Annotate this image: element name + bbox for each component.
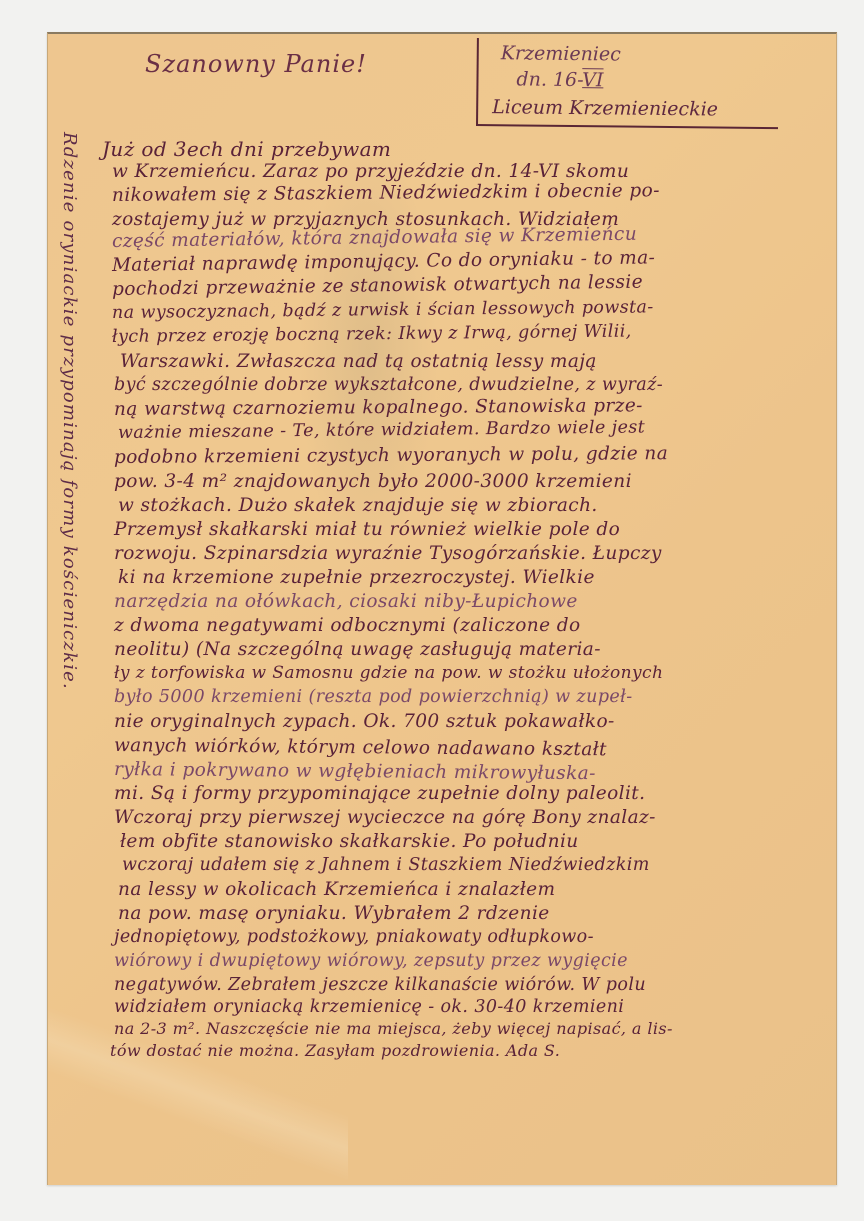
header-date: dn. 16-VI (516, 68, 603, 91)
letter-line: na 2-3 m². Naszczęście nie ma miejsca, ż… (114, 1019, 673, 1038)
letter-line: ważnie mieszane - Te, które widziałem. B… (118, 417, 645, 443)
letter-line: pow. 3-4 m² znajdowanych było 2000-3000 … (114, 471, 632, 492)
letter-line: nikowałem się z Staszkiem Niedźwiedzkim … (112, 180, 660, 206)
letter-line: wiórowy i dwupiętowy wiórowy, zepsuty pr… (114, 951, 628, 971)
letter-line: neolitu) (Na szczególną uwagę zasługują … (114, 639, 601, 660)
letter-line: na wysoczyznach, bądź z urwisk i ścian l… (112, 297, 654, 323)
letter-line: nie oryginalnych zypach. Ok. 700 sztuk p… (114, 711, 615, 732)
letter-line: z dwoma negatywami odbocznymi (zaliczone… (114, 615, 581, 636)
letter-line: Warszawki. Zwłaszcza nad tą ostatnią les… (120, 351, 597, 372)
header-institution: Liceum Krzemienieckie (492, 96, 718, 120)
letter-line: wczoraj udałem się z Jahnem i Staszkiem … (122, 855, 650, 875)
header-date-prefix: dn. 16- (516, 68, 582, 91)
letter-line: tów dostać nie można. Zasyłam pozdrowien… (110, 1041, 560, 1060)
margin-note-text: Rdzenie oryniackie przypominają formy ko… (59, 132, 80, 690)
letter-line: jednopiętowy, podstożkowy, pniakowaty od… (114, 927, 594, 947)
letter-line: narzędzia na ołówkach, ciosaki niby-Łupi… (114, 591, 578, 612)
letter-line: wanych wiórków, którym celowo nadawano k… (114, 735, 607, 760)
letter-line: Już od 3ech dni przebywam (102, 137, 391, 161)
letter-line: ryłka i pokrywano w wgłębieniach mikrowy… (114, 759, 596, 784)
letter-line: było 5000 krzemieni (reszta pod powierzc… (114, 687, 633, 707)
letter-line: łych przez erozję boczną rzek: Ikwy z Ir… (112, 322, 632, 347)
letter-line: podobno krzemieni czystych wyoranych w p… (114, 443, 668, 468)
letter-line: ki na krzemione zupełnie przezroczystej.… (118, 567, 595, 588)
letter-line: na lessy w okolicach Krzemieńca i znalaz… (118, 879, 555, 900)
letter-line: rozwoju. Szpinarsdzia wyraźnie Tysogórza… (114, 543, 662, 564)
header-date-month: VI (582, 69, 603, 91)
margin-note: Rdzenie oryniackie przypominają formy ko… (56, 132, 80, 852)
letter-line: pochodzi przeważnie ze stanowisk otwarty… (112, 272, 643, 300)
letter-line: Wczoraj przy pierwszej wycieczce na górę… (114, 807, 656, 828)
letter-line: łem obfite stanowisko skałkarskie. Po po… (120, 831, 579, 852)
letter-line: widziałem oryniacką krzemienicę - ok. 30… (114, 997, 624, 1017)
letter-line: w Krzemieńcu. Zaraz po przyjeździe dn. 1… (112, 161, 629, 182)
postcard: Szanowny Panie! Krzemieniec dn. 16-VI Li… (47, 32, 837, 1185)
letter-greeting: Szanowny Panie! (145, 50, 367, 78)
paper-crease (48, 984, 348, 1204)
letter-line: ły z torfowiska w Samosnu gdzie na pow. … (114, 663, 663, 683)
letter-line: Przemysł skałkarski miał tu również wiel… (114, 519, 620, 540)
letter-line: w stożkach. Dużo skałek znajduje się w z… (118, 495, 598, 516)
letter-line: na pow. masę oryniaku. Wybrałem 2 rdzeni… (118, 903, 550, 924)
letter-line: negatywów. Zebrałem jeszcze kilkanaście … (114, 975, 646, 995)
header-place: Krzemieniec (501, 42, 621, 65)
letter-line: mi. Są i formy przypominające zupełnie d… (114, 783, 645, 804)
letter-header: Krzemieniec dn. 16-VI Liceum Krzemieniec… (476, 38, 779, 129)
letter-line: być szczególnie dobrze wykształcone, dwu… (114, 375, 663, 395)
letter-line: ną warstwą czarnoziemu kopalnego. Stanow… (114, 395, 643, 420)
